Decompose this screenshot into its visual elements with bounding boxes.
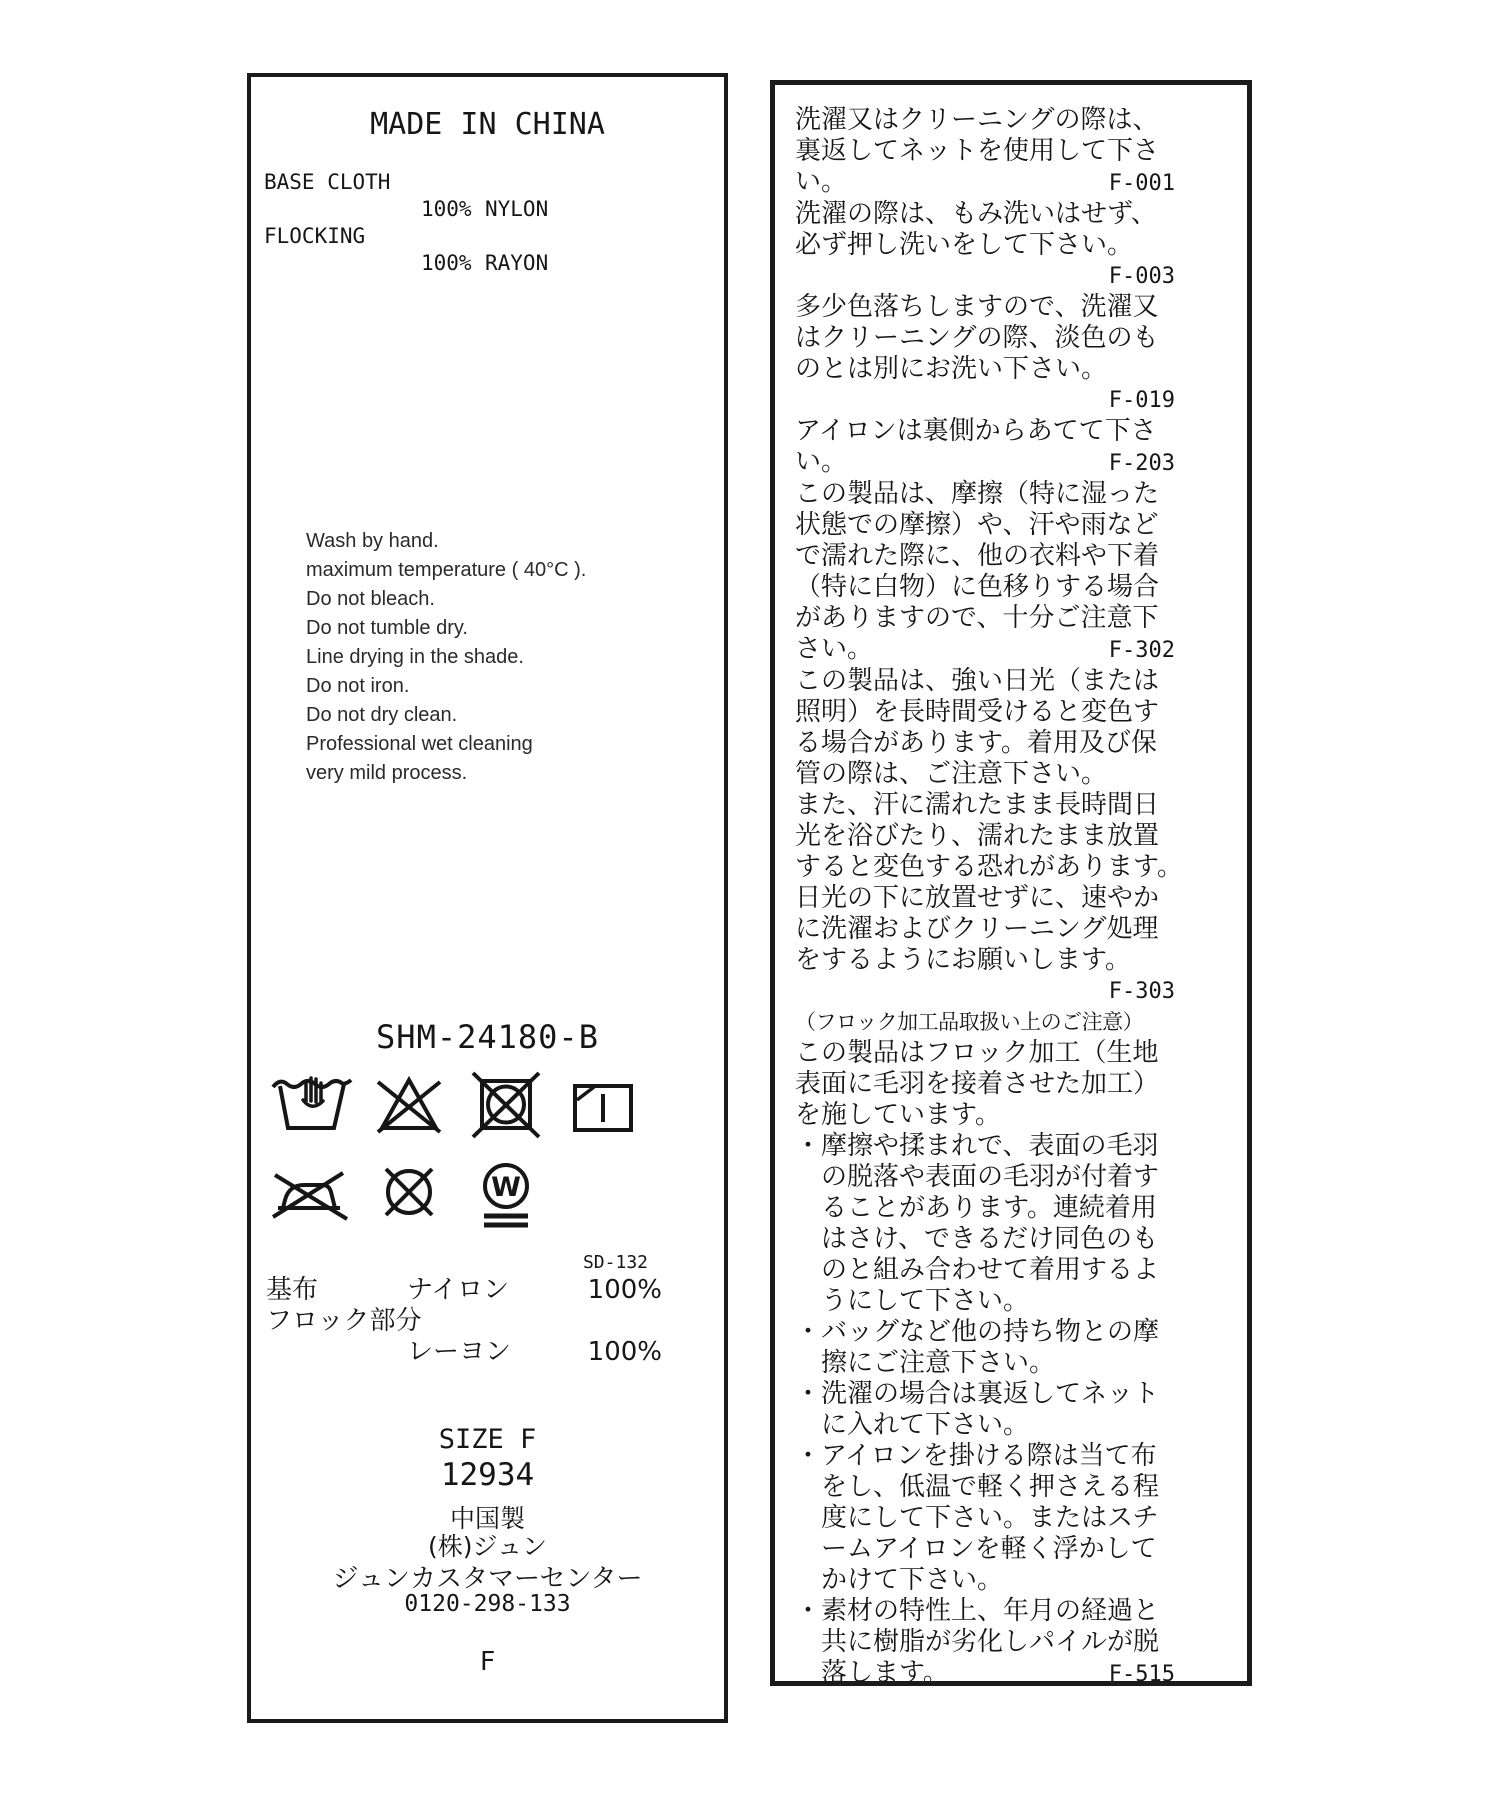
care-note-line: 光を浴びたり、濡れたまま放置 — [795, 821, 1225, 852]
care-note-line: この製品は、強い日光（または — [795, 666, 1225, 697]
care-note-line: 状態での摩擦）や、汗や雨など — [795, 510, 1225, 541]
material-row-jp: フロック部分 — [266, 1306, 662, 1337]
care-note-line: はさけ、できるだけ同色のも — [795, 1224, 1225, 1255]
customer-center: ジュンカスタマーセンター — [251, 1558, 724, 1595]
size-label: SIZE F — [251, 1424, 724, 1455]
hand-wash-icon — [263, 1071, 360, 1151]
care-notes-jp: 洗濯又はクリーニングの際は、裏返してネットを使用して下さい。F-001洗濯の際は… — [795, 105, 1225, 1690]
care-code: F-203 — [1109, 448, 1175, 479]
care-note-line: 多少色落ちしますので、洗濯又 — [795, 292, 1225, 323]
care-note-line: に洗濯およびクリーニング処理 — [795, 914, 1225, 945]
care-instructions-en: Wash by hand.maximum temperature ( 40°C … — [306, 527, 586, 788]
care-note-line: うにして下さい。 — [795, 1286, 1225, 1317]
care-code: F-001 — [1109, 168, 1175, 199]
composition-en: BASE CLOTH100%NYLONFLOCKING100%RAYON — [264, 169, 716, 277]
care-code: F-303 — [1109, 976, 1175, 1007]
care-note-line: 裏返してネットを使用して下さ — [795, 136, 1225, 167]
care-note-line: また、汗に濡れたまま長時間日 — [795, 790, 1225, 821]
item-number: 12934 — [251, 1457, 724, 1493]
care-note-line: 擦にご注意下さい。 — [795, 1348, 1225, 1379]
care-instruction-line: Line drying in the shade. — [306, 643, 586, 672]
phone-number: 0120-298-133 — [251, 1591, 724, 1617]
care-instruction-line: Wash by hand. — [306, 527, 586, 556]
care-note-line: のとは別にお洗い下さい。 — [795, 354, 1225, 385]
do-not-tumble-dry-icon — [457, 1071, 554, 1151]
care-instruction-line: Do not dry clean. — [306, 701, 586, 730]
care-note-line: （特に白物）に色移りする場合 — [795, 572, 1225, 603]
care-note-line: 照明）を長時間受けると変色す — [795, 697, 1225, 728]
do-not-iron-icon — [263, 1159, 360, 1239]
svg-text:W: W — [491, 1172, 521, 1203]
care-code: F-515 — [1109, 1659, 1175, 1690]
wet-clean-mild-icon: W — [457, 1159, 554, 1239]
care-note-line: （フロック加工品取扱い上のご注意） — [795, 1007, 1225, 1038]
care-note-line: 洗濯の際は、もみ洗いはせず、 — [795, 199, 1225, 230]
care-note-line: この製品はフロック加工（生地 — [795, 1038, 1225, 1069]
material-content: 100%NYLON — [264, 196, 716, 223]
care-note-line: い。F-001 — [795, 167, 1225, 199]
care-note-line: 必ず押し洗いをして下さい。 — [795, 230, 1225, 261]
do-not-bleach-icon — [360, 1071, 457, 1151]
care-note-line: 日光の下に放置せずに、速やか — [795, 883, 1225, 914]
care-note-line: F-019 — [795, 385, 1225, 416]
material-part: FLOCKING — [264, 223, 716, 250]
care-note-line: 洗濯又はクリーニングの際は、 — [795, 105, 1225, 136]
right-label-panel: 洗濯又はクリーニングの際は、裏返してネットを使用して下さい。F-001洗濯の際は… — [770, 80, 1252, 1686]
care-instruction-line: Professional wet cleaning — [306, 730, 586, 759]
care-note-line: のと組み合わせて着用するよ — [795, 1255, 1225, 1286]
care-instruction-line: Do not bleach. — [306, 585, 586, 614]
care-symbols-row-1 — [263, 1071, 651, 1151]
care-note-line: に入れて下さい。 — [795, 1410, 1225, 1441]
care-note-line: がありますので、十分ご注意下 — [795, 603, 1225, 634]
care-note-line: ・洗濯の場合は裏返してネット — [795, 1379, 1225, 1410]
care-note-line: る場合があります。着用及び保 — [795, 728, 1225, 759]
product-code: SHM-24180-B — [251, 1018, 724, 1056]
care-note-line: はクリーニングの際、淡色のも — [795, 323, 1225, 354]
material-row-jp: レーヨン100% — [266, 1337, 662, 1368]
made-in-country: MADE IN CHINA — [251, 107, 724, 142]
line-dry-in-shade-icon — [554, 1071, 651, 1151]
care-note-line: をするようにお願いします。 — [795, 945, 1225, 976]
composition-jp: 基布ナイロン100%フロック部分レーヨン100% — [266, 1275, 662, 1368]
care-note-line: 落します。F-515 — [795, 1658, 1225, 1690]
care-note-line: 管の際は、ご注意下さい。 — [795, 759, 1225, 790]
left-label-panel: MADE IN CHINA BASE CLOTH100%NYLONFLOCKIN… — [247, 73, 728, 1723]
care-instruction-line: very mild process. — [306, 759, 586, 788]
care-note-line: F-303 — [795, 976, 1225, 1007]
care-instruction-line: Do not iron. — [306, 672, 586, 701]
care-note-line: 度にして下さい。またはスチ — [795, 1503, 1225, 1534]
care-note-line: ・摩擦や揉まれで、表面の毛羽 — [795, 1131, 1225, 1162]
care-code: F-302 — [1109, 635, 1175, 666]
material-part: BASE CLOTH — [264, 169, 716, 196]
care-symbols-row-2: W — [263, 1159, 554, 1239]
care-note-line: をし、低温で軽く押さえる程 — [795, 1472, 1225, 1503]
care-code: F-003 — [1109, 261, 1175, 292]
care-instruction-line: maximum temperature ( 40°C ). — [306, 556, 586, 585]
care-note-line: さい。F-302 — [795, 634, 1225, 666]
care-note-line: ・素材の特性上、年月の経過と — [795, 1596, 1225, 1627]
care-note-line: 表面に毛羽を接着させた加工） — [795, 1069, 1225, 1100]
care-code: F-019 — [1109, 385, 1175, 416]
care-instruction-line: Do not tumble dry. — [306, 614, 586, 643]
care-note-line: の脱落や表面の毛羽が付着す — [795, 1162, 1225, 1193]
do-not-dry-clean-icon — [360, 1159, 457, 1239]
care-note-line: ームアイロンを軽く浮かして — [795, 1534, 1225, 1565]
care-note-line: ・バッグなど他の持ち物との摩 — [795, 1317, 1225, 1348]
size-code: F — [251, 1647, 724, 1677]
care-note-line: を施しています。 — [795, 1100, 1225, 1131]
care-note-line: すると変色する恐れがあります。 — [795, 852, 1225, 883]
care-note-line: 共に樹脂が劣化しパイルが脱 — [795, 1627, 1225, 1658]
care-note-line: ・アイロンを掛ける際は当て布 — [795, 1441, 1225, 1472]
care-note-line: F-003 — [795, 261, 1225, 292]
care-note-line: この製品は、摩擦（特に湿った — [795, 479, 1225, 510]
care-note-line: ることがあります。連続着用 — [795, 1193, 1225, 1224]
material-row-jp: 基布ナイロン100% — [266, 1275, 662, 1306]
care-note-line: い。F-203 — [795, 447, 1225, 479]
material-content: 100%RAYON — [264, 250, 716, 277]
care-note-line: アイロンは裏側からあてて下さ — [795, 416, 1225, 447]
care-note-line: かけて下さい。 — [795, 1565, 1225, 1596]
care-note-line: で濡れた際に、他の衣料や下着 — [795, 541, 1225, 572]
quality-code: SD-132 — [583, 1252, 648, 1273]
